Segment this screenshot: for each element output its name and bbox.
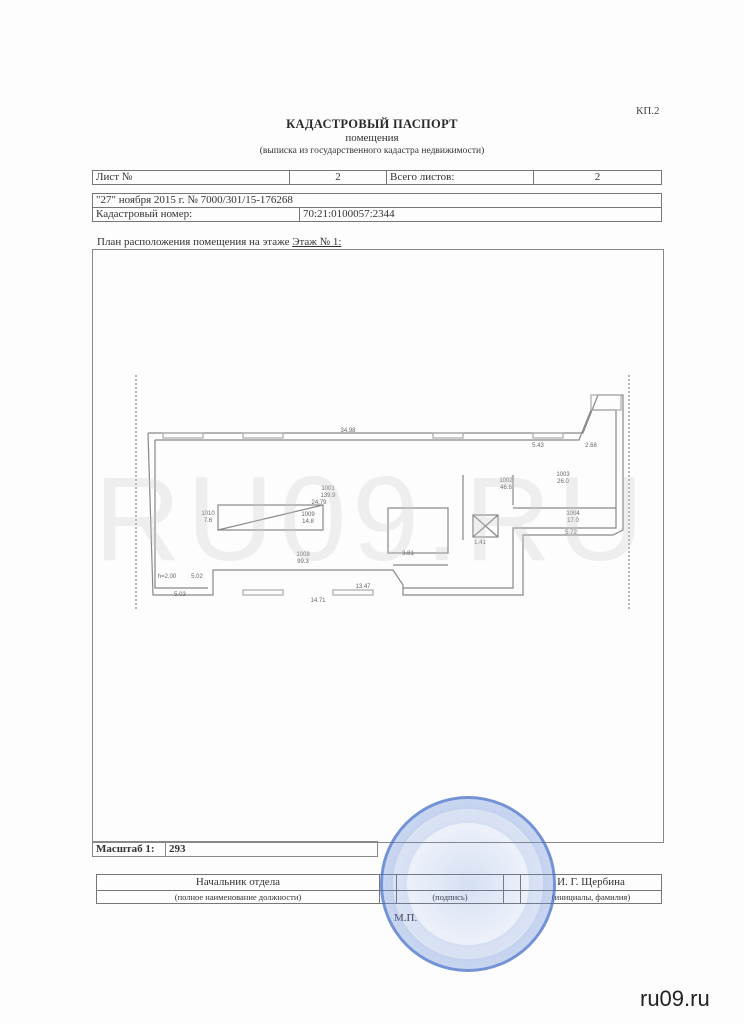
scale-value: 293 bbox=[165, 842, 186, 856]
scale-box: Масштаб 1: 293 bbox=[92, 841, 378, 857]
total-sheets-number: 2 bbox=[534, 171, 662, 185]
sheet-info-table: Лист № 2 Всего листов: 2 bbox=[92, 170, 662, 185]
signature-table: Начальник отдела И. Г. Щербина (полное н… bbox=[96, 874, 662, 904]
svg-text:34.98: 34.98 bbox=[340, 428, 356, 434]
svg-text:5.43: 5.43 bbox=[532, 443, 544, 449]
cadastral-label: Кадастровый номер: bbox=[93, 208, 300, 222]
floor-label: Этаж № 1: bbox=[292, 236, 341, 248]
scale-label: Масштаб 1: bbox=[96, 842, 155, 856]
sheet-number: 2 bbox=[290, 171, 387, 185]
document-title: КАДАСТРОВЫЙ ПАСПОРТ bbox=[0, 117, 744, 132]
document-subtitle-note: (выписка из государственного кадастра не… bbox=[0, 146, 744, 156]
record-table: "27" ноября 2015 г. № 7000/301/15-176268… bbox=[92, 193, 662, 222]
svg-text:5.03: 5.03 bbox=[174, 592, 186, 598]
total-sheets-label: Всего листов: bbox=[387, 171, 534, 185]
cadastral-number: 70:21:0100057:2344 bbox=[300, 208, 662, 222]
position-caption: (полное наименование должности) bbox=[97, 891, 380, 904]
plan-label: План расположения помещения на этаже Эта… bbox=[97, 236, 341, 248]
sheet-label: Лист № bbox=[93, 171, 290, 185]
official-stamp-icon bbox=[380, 796, 556, 972]
position-title: Начальник отдела bbox=[97, 875, 380, 891]
footer-site: ru09.ru bbox=[640, 986, 710, 1012]
watermark: RU09.RU bbox=[0, 450, 744, 588]
date-number: "27" ноября 2015 г. № 7000/301/15-176268 bbox=[93, 194, 662, 208]
document-subtitle: помещения bbox=[0, 132, 744, 144]
svg-text:2.68: 2.68 bbox=[585, 443, 597, 449]
form-code: КП.2 bbox=[636, 105, 660, 117]
svg-text:14.71: 14.71 bbox=[310, 598, 326, 604]
